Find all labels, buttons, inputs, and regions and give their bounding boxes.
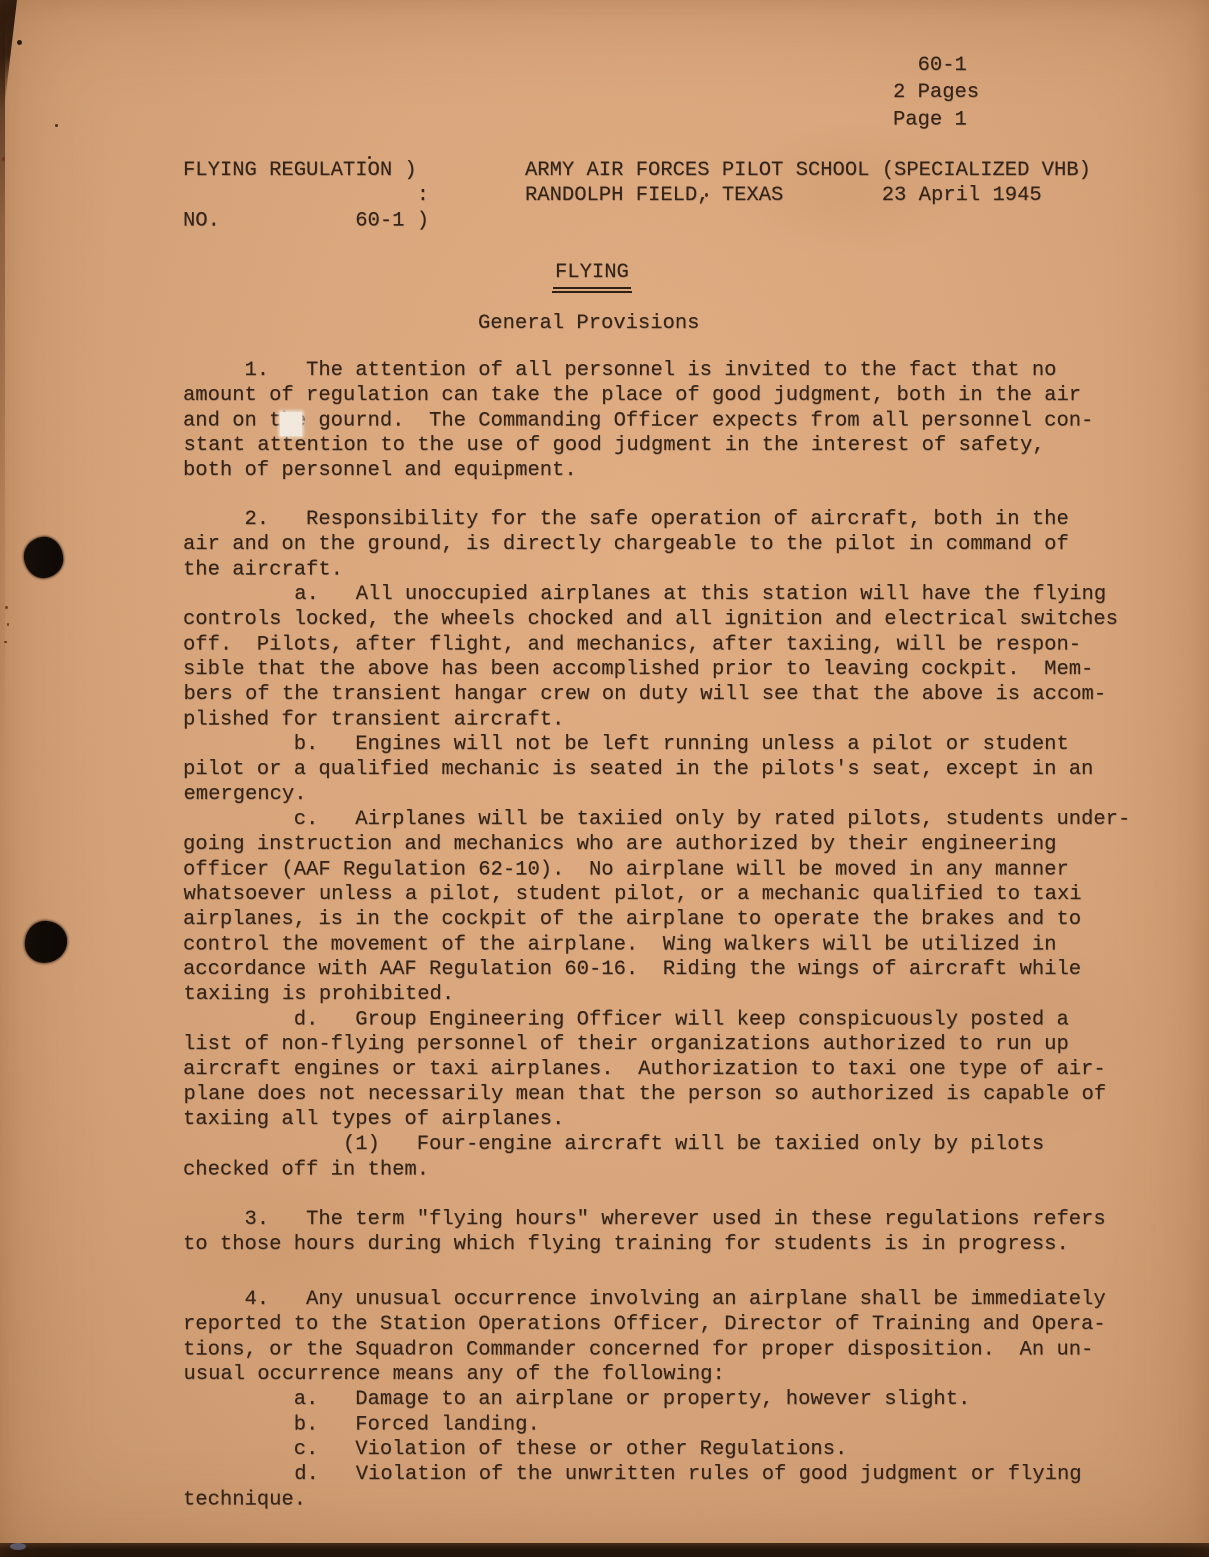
text-line: Page 1 xyxy=(893,107,979,134)
text-line: whatsoever unless a pilot, student pilot… xyxy=(184,882,1131,907)
document-subtitle: General Provisions xyxy=(478,311,699,336)
text-line: plane does not necessarily mean that the… xyxy=(184,1082,1131,1107)
paragraph-1: 1. The attention of all personnel is inv… xyxy=(183,358,1093,483)
text-line: 4. Any unusual occurrence involving an a… xyxy=(183,1287,1106,1312)
whiteout-correction-patch xyxy=(280,412,302,436)
text-line: : xyxy=(183,183,429,208)
text-line: c. Airplanes will be taxiied only by rat… xyxy=(183,807,1130,832)
ink-speck xyxy=(5,606,8,609)
text-line: accordance with AAF Regulation 60-16. Ri… xyxy=(183,957,1130,982)
page-number-block: 60-12 PagesPage 1 xyxy=(893,52,979,133)
text-line: control the movement of the airplane. Wi… xyxy=(183,933,1130,958)
text-line: to those hours during which flying train… xyxy=(183,1232,1106,1257)
text-line: going instruction and mechanics who are … xyxy=(183,832,1130,857)
text-line: 2 Pages xyxy=(893,79,979,106)
text-line: 60-1 xyxy=(893,52,979,79)
text-line: ARMY AIR FORCES PILOT SCHOOL (SPECIALIZE… xyxy=(525,158,1091,183)
text-line: b. Forced landing. xyxy=(183,1413,1106,1438)
paragraph-3: 3. The term "flying hours" wherever used… xyxy=(183,1207,1106,1257)
text-line: FLYING REGULATION ) xyxy=(183,158,429,183)
text-line: 3. The term "flying hours" wherever used… xyxy=(183,1207,1106,1232)
text-line: and on the gournd. The Commanding Office… xyxy=(183,409,1093,434)
text-line: reported to the Station Operations Offic… xyxy=(183,1312,1106,1337)
ink-speck xyxy=(368,156,371,159)
ink-speck xyxy=(2,157,5,161)
hole-punch-top xyxy=(21,534,65,580)
text-line: air and on the ground, is directly charg… xyxy=(183,532,1130,557)
text-line: amount of regulation can take the place … xyxy=(183,383,1093,408)
text-line: d. Violation of the unwritten rules of g… xyxy=(184,1462,1107,1487)
regulation-number-block: FLYING REGULATION ) :NO. 60-1 ) xyxy=(183,158,429,233)
text-line: bers of the transient hangar crew on dut… xyxy=(184,682,1131,707)
text-line: pilot or a qualified mechanic is seated … xyxy=(183,757,1130,782)
ink-speck xyxy=(17,40,22,45)
text-line: sible that the above has been accomplish… xyxy=(183,657,1130,682)
text-line: NO. 60-1 ) xyxy=(183,209,429,234)
document-title-text: FLYING xyxy=(553,260,631,289)
ink-speck xyxy=(7,623,9,626)
text-line: technique. xyxy=(183,1488,1106,1513)
text-line: list of non-flying personnel of their or… xyxy=(183,1032,1130,1057)
text-line: RANDOLPH FIELD, TEXAS 23 April 1945 xyxy=(525,183,1091,208)
scan-edge-bottom xyxy=(0,1543,1209,1557)
text-line: d. Group Engineering Officer will keep c… xyxy=(183,1008,1130,1033)
text-line: c. Violation of these or other Regulatio… xyxy=(183,1437,1106,1462)
text-line: both of personnel and equipment. xyxy=(183,458,1093,483)
paragraph-2: 2. Responsibility for the safe operation… xyxy=(183,507,1130,1182)
text-line: (1) Four-engine aircraft will be taxiied… xyxy=(183,1132,1130,1157)
text-line: the aircraft. xyxy=(183,558,1130,583)
text-line: 2. Responsibility for the safe operation… xyxy=(183,507,1130,532)
ink-speck xyxy=(55,124,58,127)
text-line: usual occurrence means any of the follow… xyxy=(184,1362,1107,1387)
ink-smudge-blue xyxy=(10,1543,26,1550)
hole-punch-bottom xyxy=(23,919,69,965)
text-line: airplanes, is in the cockpit of the airp… xyxy=(183,907,1130,932)
text-line: aircraft engines or taxi airplanes. Auth… xyxy=(183,1057,1130,1082)
ink-speck xyxy=(4,641,7,643)
text-line: a. All unoccupied airplanes at this stat… xyxy=(184,582,1131,607)
text-line: emergency. xyxy=(184,782,1131,807)
text-line: a. Damage to an airplane or property, ho… xyxy=(183,1387,1106,1412)
text-line: taxiing is prohibited. xyxy=(184,982,1131,1007)
text-line: b. Engines will not be left running unle… xyxy=(183,732,1130,757)
text-line: taxiing all types of airplanes. xyxy=(183,1107,1130,1132)
text-line: tions, or the Squadron Commander concern… xyxy=(183,1338,1106,1363)
text-line: stant attention to the use of good judgm… xyxy=(184,433,1094,458)
text-line: controls locked, the wheels chocked and … xyxy=(183,607,1130,632)
ink-speck xyxy=(705,193,708,197)
issuing-authority-block: ARMY AIR FORCES PILOT SCHOOL (SPECIALIZE… xyxy=(525,158,1091,208)
text-line: off. Pilots, after flight, and mechanics… xyxy=(183,633,1130,658)
text-line: officer (AAF Regulation 62-10). No airpl… xyxy=(183,858,1130,883)
document-title: FLYING xyxy=(553,260,631,289)
text-line: checked off in them. xyxy=(183,1158,1130,1183)
text-line: plished for transient aircraft. xyxy=(183,708,1130,733)
scan-edge-left xyxy=(0,0,5,780)
scanned-document-page: 60-12 PagesPage 1 FLYING REGULATION ) :N… xyxy=(0,0,1209,1557)
text-line: 1. The attention of all personnel is inv… xyxy=(183,358,1093,383)
paragraph-4: 4. Any unusual occurrence involving an a… xyxy=(183,1287,1106,1512)
